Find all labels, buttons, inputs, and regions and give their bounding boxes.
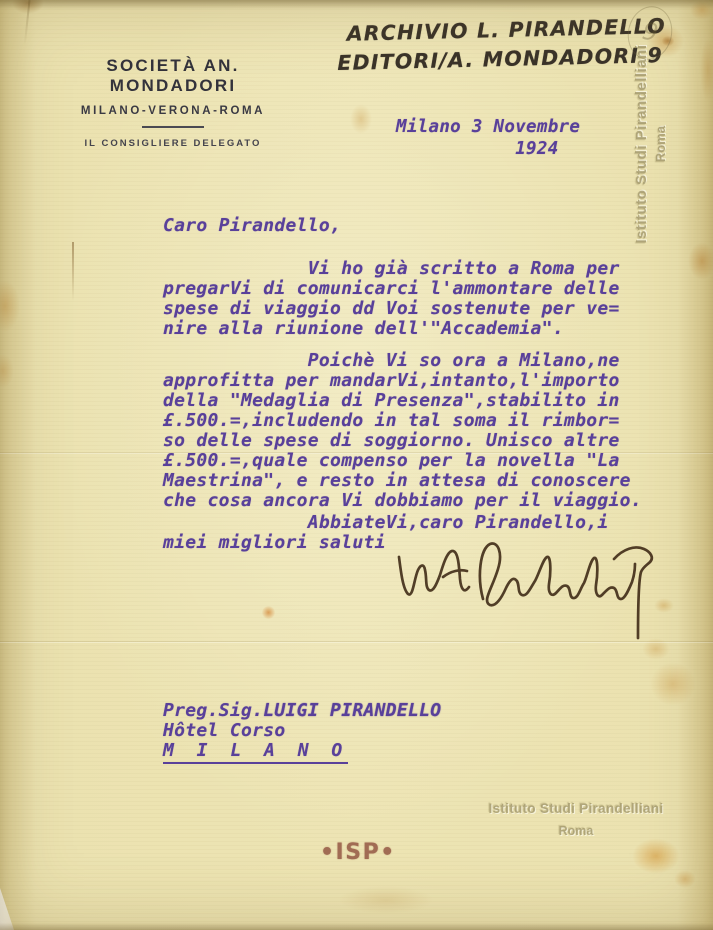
salutation: Caro Pirandello, — [163, 216, 341, 236]
archival-annotation: ARCHIVIO L. PIRANDELLO EDITORI/A. MONDAD… — [336, 12, 667, 78]
recipient-prefix: Preg.Sig. — [163, 700, 263, 721]
date-text: Milano 3 Novembre — [396, 116, 580, 138]
recipient-line-2: Hôtel Corso — [163, 721, 441, 741]
emboss-stamp-bottom: Istituto Studi Pirandelliani Roma — [478, 801, 674, 838]
date-line: Milano 3 Novembre 1924 — [396, 116, 580, 160]
body-line: nire alla riunione dell'"Accademia". — [163, 319, 620, 339]
institute-city: Roma — [653, 34, 668, 254]
body-line: Poichè Vi so ora a Milano,ne — [163, 351, 642, 371]
signature-stroke — [399, 544, 652, 638]
body-line: approfitta per mandarVi,intanto,l'import… — [163, 371, 642, 391]
institute-name: Istituto Studi Pirandelliani — [633, 34, 650, 254]
company-name: SOCIETÀ AN. MONDADORI — [58, 56, 288, 96]
recipient-city: M I L A N O — [163, 741, 348, 764]
body-line: £.500.=,includendo in tal soma il rimbor… — [163, 411, 642, 431]
body-line: che cosa ancora Vi dobbiamo per il viagg… — [163, 491, 642, 511]
body-line: £.500.=,quale compenso per la novella "L… — [163, 451, 642, 471]
paragraph-2: Poichè Vi so ora a Milano,ne approfitta … — [163, 351, 642, 511]
body-line: Maestrina", e resto in attesa di conosce… — [163, 471, 642, 491]
closing-line: AbbiateVi,caro Pirandello,i — [163, 513, 608, 533]
scratch-crease — [72, 242, 74, 304]
paper-bottom-edge — [0, 922, 713, 930]
date-year: 1924 — [396, 138, 580, 160]
paper-top-edge — [0, 0, 713, 10]
letterhead-cities: MILANO-VERONA-ROMA — [58, 105, 288, 117]
paragraph-1: Vi ho già scritto a Roma per pregarVi di… — [163, 259, 620, 339]
isp-stamp: •ISP• — [320, 840, 396, 865]
body-line: Vi ho già scritto a Roma per — [163, 259, 620, 279]
recipient-line-1: Preg.Sig.LUIGI PIRANDELLO — [163, 701, 441, 721]
body-line: so delle spese di soggiorno. Unisco altr… — [163, 431, 642, 451]
body-line: pregarVi di comunicarci l'ammontare dell… — [163, 279, 620, 299]
body-line: spese di viaggio dd Voi sostenute per ve… — [163, 299, 620, 319]
letterhead-rule — [142, 126, 204, 128]
recipient-block: Preg.Sig.LUIGI PIRANDELLO Hôtel Corso M … — [163, 701, 441, 764]
recipient-line-3: M I L A N O — [163, 741, 441, 764]
letterhead: SOCIETÀ AN. MONDADORI MILANO-VERONA-ROMA… — [58, 56, 288, 149]
body-line: della "Medaglia di Presenza",stabilito i… — [163, 391, 642, 411]
letterhead-role: IL CONSIGLIERE DELEGATO — [58, 138, 288, 149]
signature — [383, 537, 683, 647]
recipient-name: LUIGI PIRANDELLO — [263, 700, 441, 721]
emboss-stamp-vertical: Istituto Studi Pirandelliani Roma — [633, 34, 691, 254]
institute-city: Roma — [478, 824, 674, 838]
institute-name: Istituto Studi Pirandelliani — [478, 801, 674, 816]
